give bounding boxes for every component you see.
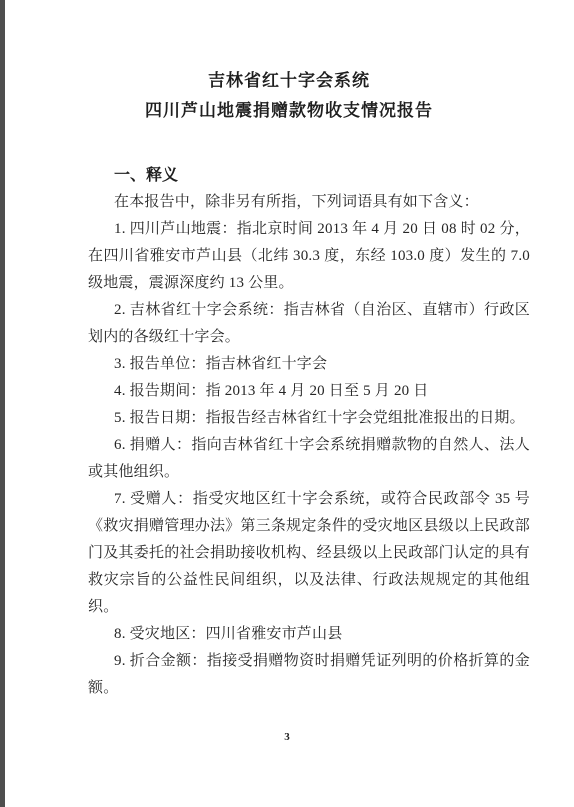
document-body: 一、释义 在本报告中，除非另有所指，下列词语具有如下含义：1. 四川芦山地震：指… bbox=[88, 162, 530, 702]
definitions-list: 在本报告中，除非另有所指，下列词语具有如下含义：1. 四川芦山地震：指北京时间 … bbox=[88, 189, 530, 702]
scan-edge-shadow bbox=[0, 0, 5, 807]
paragraph: 5. 报告日期：指报告经吉林省红十字会党组批准报出的日期。 bbox=[88, 405, 530, 432]
title-line-2: 四川芦山地震捐赠款物收支情况报告 bbox=[50, 96, 528, 126]
section-heading: 一、释义 bbox=[88, 162, 530, 189]
paragraph: 7. 受赠人：指受灾地区红十字会系统，或符合民政部令 35 号《救灾捐赠管理办法… bbox=[88, 486, 530, 621]
paragraph: 9. 折合金额：指接受捐赠物资时捐赠凭证列明的价格折算的金额。 bbox=[88, 648, 530, 702]
paragraph: 3. 报告单位：指吉林省红十字会 bbox=[88, 351, 530, 378]
paragraph: 2. 吉林省红十字会系统：指吉林省（自治区、直辖市）行政区划内的各级红十字会。 bbox=[88, 297, 530, 351]
paragraph: 1. 四川芦山地震：指北京时间 2013 年 4 月 20 日 08 时 02 … bbox=[88, 216, 530, 297]
paragraph: 4. 报告期间：指 2013 年 4 月 20 日至 5 月 20 日 bbox=[88, 378, 530, 405]
document-title: 吉林省红十字会系统 四川芦山地震捐赠款物收支情况报告 bbox=[50, 66, 528, 126]
paragraph: 6. 捐赠人：指向吉林省红十字会系统捐赠款物的自然人、法人或其他组织。 bbox=[88, 432, 530, 486]
title-line-1: 吉林省红十字会系统 bbox=[50, 66, 528, 96]
page-number: 3 bbox=[0, 731, 574, 743]
paragraph: 8. 受灾地区：四川省雅安市芦山县 bbox=[88, 621, 530, 648]
document-page: { "document": { "title_lines": [ "吉林省红十字… bbox=[0, 0, 574, 807]
paragraph: 在本报告中，除非另有所指，下列词语具有如下含义： bbox=[88, 189, 530, 216]
